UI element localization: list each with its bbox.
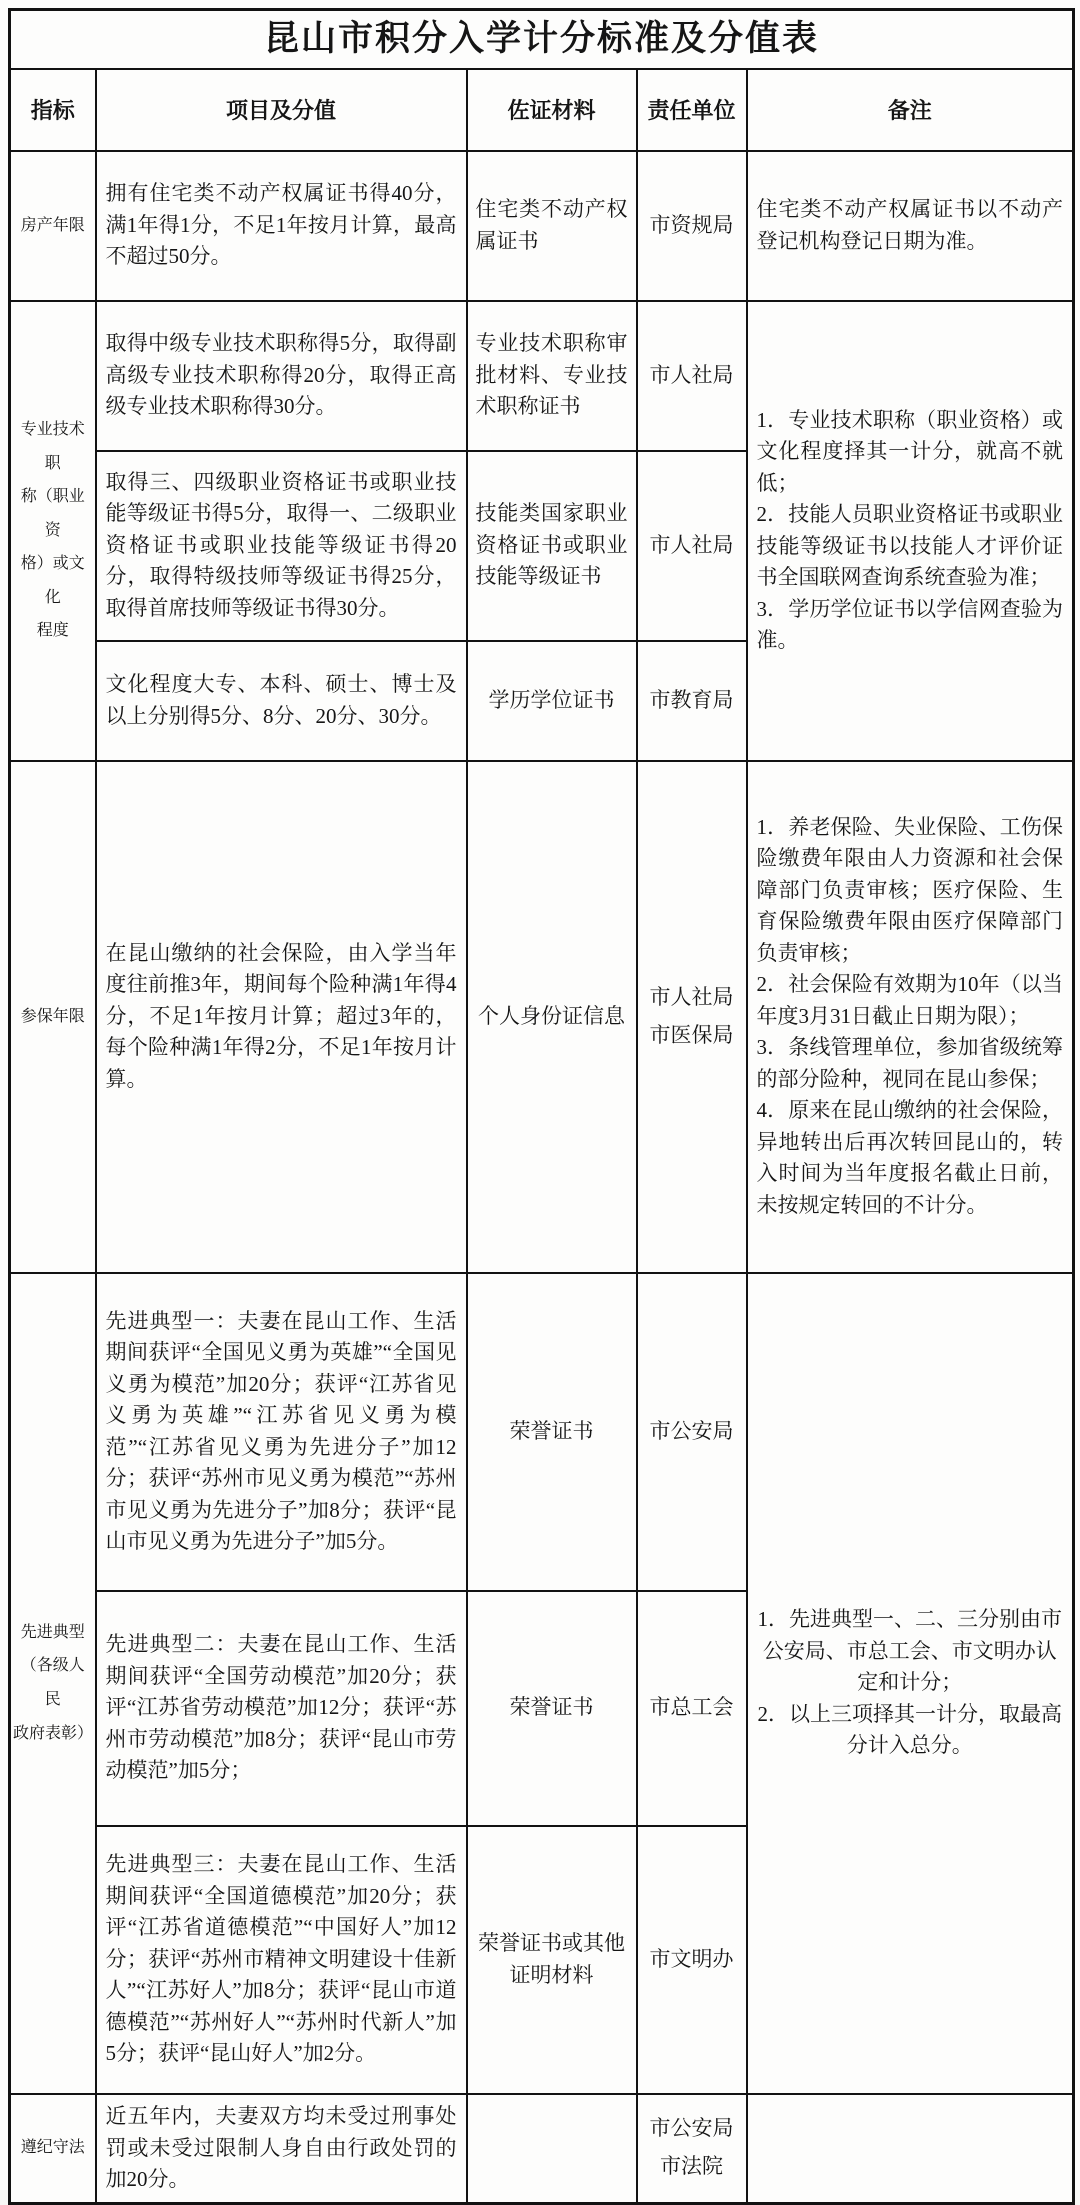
cell-law-indicator: 遵纪守法 xyxy=(10,2094,96,2204)
cell-housing-remark: 住宅类不动产权属证书以不动产登记机构登记日期为准。 xyxy=(747,151,1074,301)
header-row: 指标 项目及分值 佐证材料 责任单位 备注 xyxy=(10,69,1074,151)
cell-insurance-indicator: 参保年限 xyxy=(10,761,96,1273)
header-items: 项目及分值 xyxy=(96,69,467,151)
cell-model-indicator: 先进典型 （各级人民 政府表彰） xyxy=(10,1273,96,2094)
cell-model-1-evidence: 荣誉证书 xyxy=(467,1273,637,1591)
cell-model-1-unit: 市公安局 xyxy=(637,1273,747,1591)
cell-model-2-items: 先进典型二：夫妻在昆山工作、生活期间获评“全国劳动模范”加20分；获评“江苏省劳… xyxy=(96,1591,467,1826)
cell-model-1-items: 先进典型一：夫妻在昆山工作、生活期间获评“全国见义勇为英雄”“全国见义勇为模范”… xyxy=(96,1273,467,1591)
cell-housing-indicator: 房产年限 xyxy=(10,151,96,301)
page-title: 昆山市积分入学计分标准及分值表 xyxy=(10,10,1074,69)
cell-professional-1-unit: 市人社局 xyxy=(637,301,747,451)
cell-professional-2-evidence: 技能类国家职业资格证书或职业技能等级证书 xyxy=(467,451,637,641)
header-unit: 责任单位 xyxy=(637,69,747,151)
table-row-insurance: 参保年限 在昆山缴纳的社会保险，由入学当年度往前推3年，期间每个险种满1年得4分… xyxy=(10,761,1074,1273)
header-indicator: 指标 xyxy=(10,69,96,151)
cell-professional-indicator: 专业技术职 称（职业资 格）或文化 程度 xyxy=(10,301,96,761)
cell-professional-2-items: 取得三、四级职业资格证书或职业技能等级证书得5分，取得一、二级职业资格证书或职业… xyxy=(96,451,467,641)
document-sheet: 昆山市积分入学计分标准及分值表 指标 项目及分值 佐证材料 责任单位 备注 房产… xyxy=(0,0,1080,2190)
cell-professional-1-items: 取得中级专业技术职称得5分，取得副高级专业技术职称得20分，取得正高级专业技术职… xyxy=(96,301,467,451)
cell-professional-3-unit: 市教育局 xyxy=(637,641,747,761)
cell-model-2-unit: 市总工会 xyxy=(637,1591,747,1826)
cell-professional-remark: 1．专业技术职称（职业资格）或文化程度择其一计分，就高不就低； 2．技能人员职业… xyxy=(747,301,1074,761)
table-row-housing: 房产年限 拥有住宅类不动产权属证书得40分，满1年得1分，不足1年按月计算，最高… xyxy=(10,151,1074,301)
table-row-law: 遵纪守法 近五年内，夫妻双方均未受过刑事处罚或未受过限制人身自由行政处罚的加20… xyxy=(10,2094,1074,2204)
cell-professional-2-unit: 市人社局 xyxy=(637,451,747,641)
table-row-professional-1: 专业技术职 称（职业资 格）或文化 程度 取得中级专业技术职称得5分，取得副高级… xyxy=(10,301,1074,451)
cell-model-3-items: 先进典型三：夫妻在昆山工作、生活期间获评“全国道德模范”加20分；获评“江苏省道… xyxy=(96,1826,467,2094)
cell-model-3-unit: 市文明办 xyxy=(637,1826,747,2094)
header-evidence: 佐证材料 xyxy=(467,69,637,151)
cell-housing-items: 拥有住宅类不动产权属证书得40分，满1年得1分，不足1年按月计算，最高不超过50… xyxy=(96,151,467,301)
table-row-model-1: 先进典型 （各级人民 政府表彰） 先进典型一：夫妻在昆山工作、生活期间获评“全国… xyxy=(10,1273,1074,1591)
cell-insurance-evidence: 个人身份证信息 xyxy=(467,761,637,1273)
cell-law-unit: 市公安局 市法院 xyxy=(637,2094,747,2204)
cell-model-2-evidence: 荣誉证书 xyxy=(467,1591,637,1826)
cell-professional-1-evidence: 专业技术职称审批材料、专业技术职称证书 xyxy=(467,301,637,451)
cell-insurance-items: 在昆山缴纳的社会保险，由入学当年度往前推3年，期间每个险种满1年得4分，不足1年… xyxy=(96,761,467,1273)
cell-insurance-unit: 市人社局 市医保局 xyxy=(637,761,747,1273)
cell-professional-3-evidence: 学历学位证书 xyxy=(467,641,637,761)
cell-model-remark: 1．先进典型一、二、三分别由市公安局、市总工会、市文明办认定和计分； 2．以上三… xyxy=(747,1273,1074,2094)
cell-housing-evidence: 住宅类不动产权属证书 xyxy=(467,151,637,301)
cell-model-3-evidence: 荣誉证书或其他证明材料 xyxy=(467,1826,637,2094)
cell-professional-3-items: 文化程度大专、本科、硕士、博士及以上分别得5分、8分、20分、30分。 xyxy=(96,641,467,761)
header-remark: 备注 xyxy=(747,69,1074,151)
cell-law-items: 近五年内，夫妻双方均未受过刑事处罚或未受过限制人身自由行政处罚的加20分。 xyxy=(96,2094,467,2204)
cell-law-evidence xyxy=(467,2094,637,2204)
cell-insurance-remark: 1．养老保险、失业保险、工伤保险缴费年限由人力资源和社会保障部门负责审核；医疗保… xyxy=(747,761,1074,1273)
scoring-table: 昆山市积分入学计分标准及分值表 指标 项目及分值 佐证材料 责任单位 备注 房产… xyxy=(8,8,1075,2205)
cell-law-remark xyxy=(747,2094,1074,2204)
title-row: 昆山市积分入学计分标准及分值表 xyxy=(10,10,1074,69)
cell-housing-unit: 市资规局 xyxy=(637,151,747,301)
